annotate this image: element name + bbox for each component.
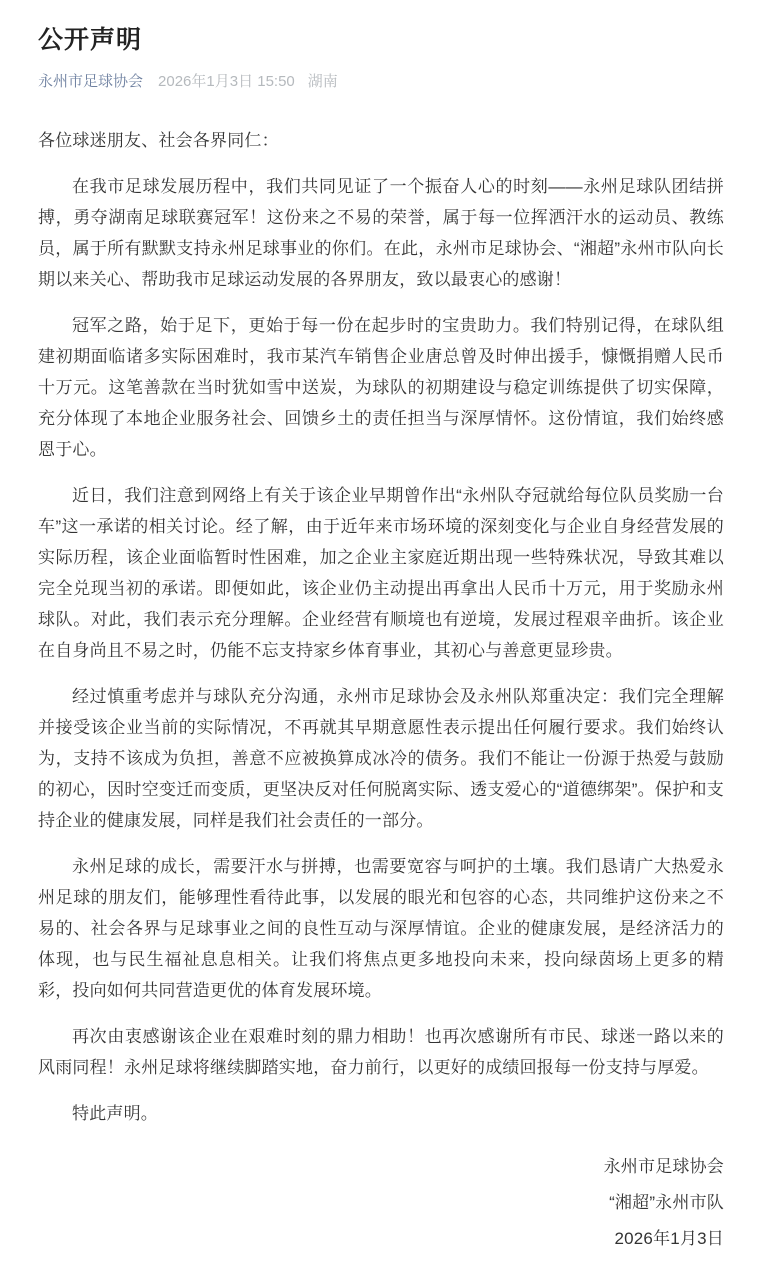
article-page: 公开声明 永州市足球协会2026年1月3日 15:50湖南 各位球迷朋友、社会各…: [0, 0, 762, 1274]
signature-association: 永州市足球协会: [38, 1151, 724, 1182]
paragraph-5: 永州足球的成长，需要汗水与拼搏，也需要宽容与呵护的土壤。我们恳请广大热爱永州足球…: [38, 851, 724, 1006]
salutation-line: 各位球迷朋友、社会各界同仁：: [38, 125, 724, 156]
signature-block: 永州市足球协会 “湘超”永州市队 2026年1月3日: [38, 1151, 724, 1254]
ip-location: 湖南: [308, 73, 338, 90]
publish-datetime: 2026年1月3日 15:50: [158, 73, 295, 90]
article-body: 各位球迷朋友、社会各界同仁： 在我市足球发展历程中，我们共同见证了一个振奋人心的…: [38, 125, 724, 1254]
paragraph-3: 近日，我们注意到网络上有关于该企业早期曾作出“永州队夺冠就给每位队员奖励一台车”…: [38, 480, 724, 666]
paragraph-1: 在我市足球发展历程中，我们共同见证了一个振奋人心的时刻——永州足球队团结拼搏，勇…: [38, 171, 724, 295]
author-link[interactable]: 永州市足球协会: [38, 73, 143, 90]
signature-team: “湘超”永州市队: [38, 1187, 724, 1218]
paragraph-4: 经过慎重考虑并与球队充分沟通，永州市足球协会及永州队郑重决定：我们完全理解并接受…: [38, 681, 724, 836]
article-meta: 永州市足球协会2026年1月3日 15:50湖南: [38, 72, 724, 92]
closing-line: 特此声明。: [38, 1098, 724, 1129]
paragraph-6: 再次由衷感谢该企业在艰难时刻的鼎力相助！也再次感谢所有市民、球迷一路以来的风雨同…: [38, 1021, 724, 1083]
paragraph-2: 冠军之路，始于足下，更始于每一份在起步时的宝贵助力。我们特别记得，在球队组建初期…: [38, 310, 724, 465]
page-title: 公开声明: [38, 24, 724, 57]
signature-date: 2026年1月3日: [38, 1223, 724, 1254]
